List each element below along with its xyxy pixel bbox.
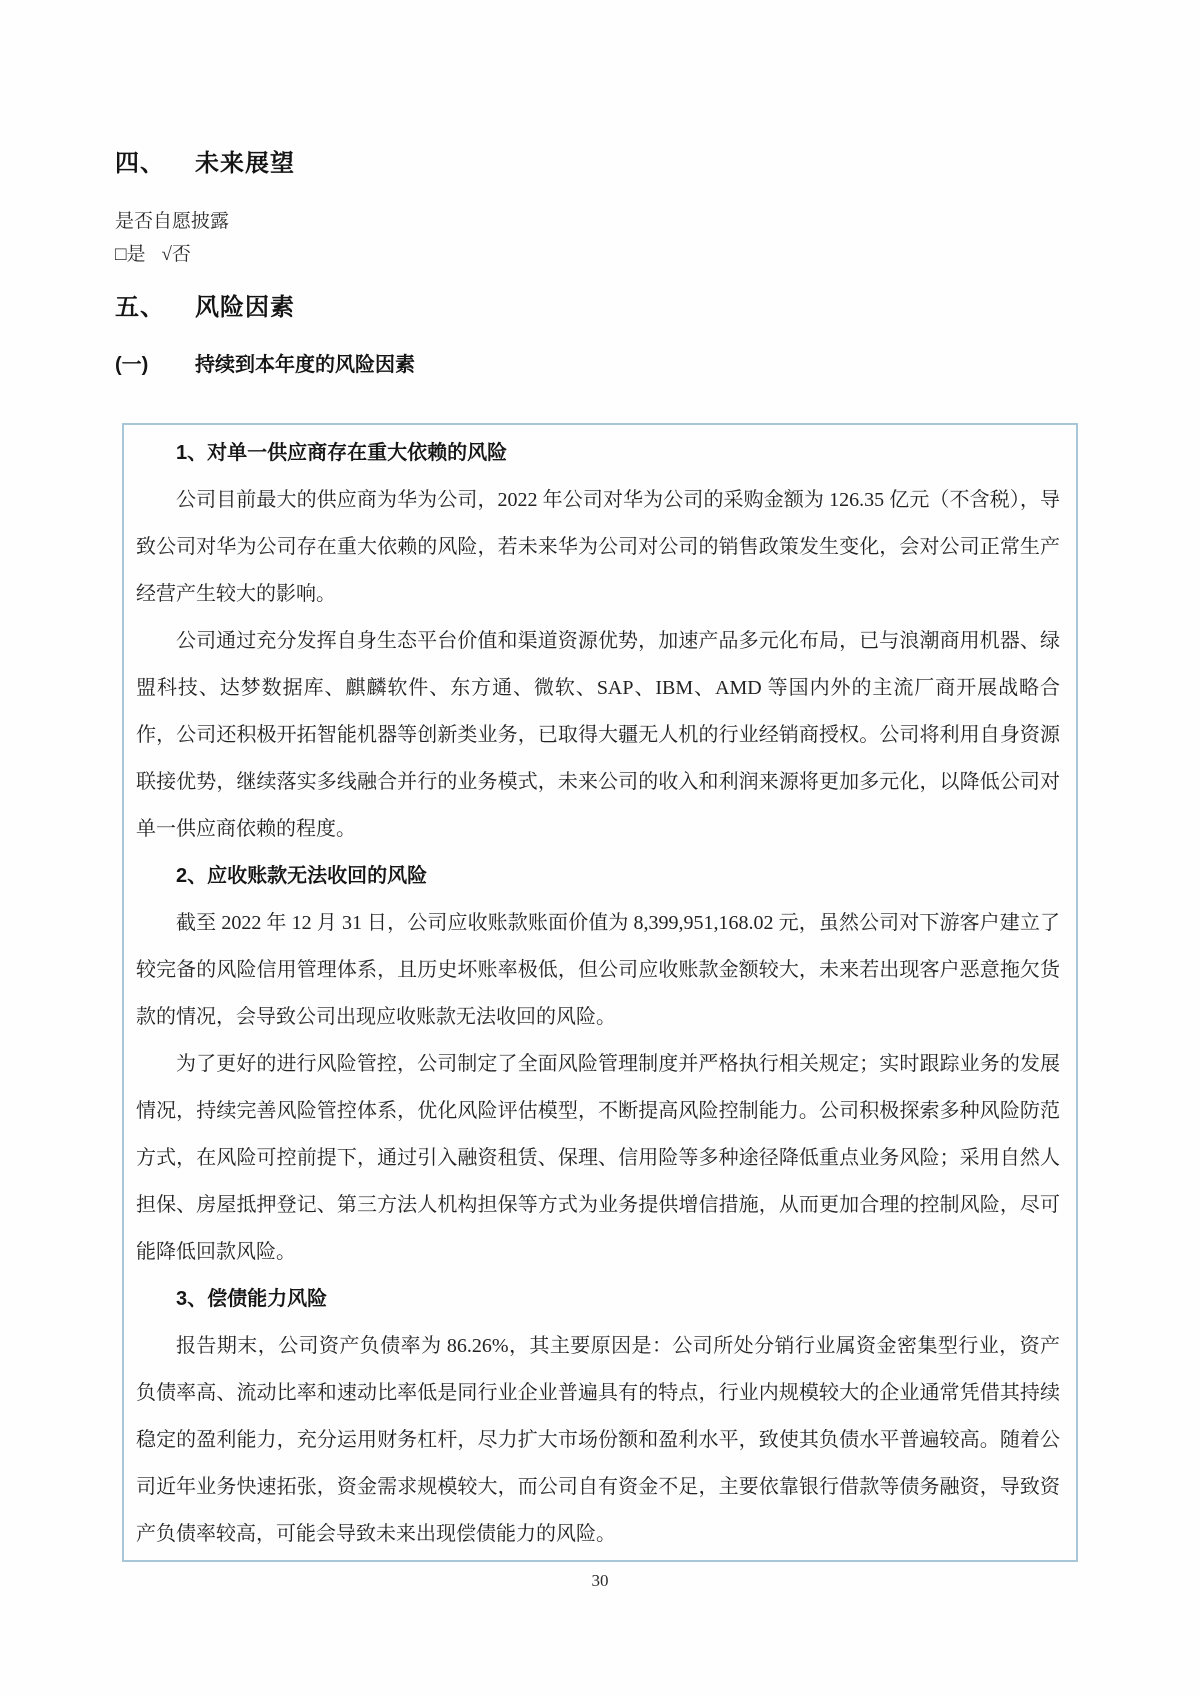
document-page: 四、未来展望 是否自愿披露 □是√否 五、风险因素 (一)持续到本年度的风险因素… bbox=[0, 0, 1200, 1591]
section-title: 风险因素 bbox=[195, 294, 295, 321]
section-heading-risk-factors: 五、风险因素 bbox=[115, 287, 1080, 322]
disclosure-question: 是否自愿披露 bbox=[115, 205, 1080, 238]
risk-item-receivables: 2、应收账款无法收回的风险 截至 2022 年 12 月 31 日，公司应收账款… bbox=[136, 853, 1060, 1276]
subsection-title: 持续到本年度的风险因素 bbox=[195, 354, 415, 376]
risk-paragraph: 报告期末，公司资产负债率为 86.26%，其主要原因是：公司所处分销行业属资金密… bbox=[136, 1323, 1060, 1558]
disclosure-block: 是否自愿披露 □是√否 bbox=[115, 205, 1080, 271]
risk-paragraph: 截至 2022 年 12 月 31 日，公司应收账款账面价值为 8,399,95… bbox=[136, 900, 1060, 1041]
page-number: 30 bbox=[122, 1571, 1078, 1591]
risk-item-solvency: 3、偿债能力风险 报告期末，公司资产负债率为 86.26%，其主要原因是：公司所… bbox=[136, 1276, 1060, 1558]
risk-item-title: 3、偿债能力风险 bbox=[136, 1276, 1060, 1323]
risk-item-supplier-dependence: 1、对单一供应商存在重大依赖的风险 公司目前最大的供应商为华为公司，2022 年… bbox=[136, 430, 1060, 853]
risk-factors-box: 1、对单一供应商存在重大依赖的风险 公司目前最大的供应商为华为公司，2022 年… bbox=[122, 423, 1078, 1562]
risk-paragraph: 为了更好的进行风险管控，公司制定了全面风险管理制度并严格执行相关规定；实时跟踪业… bbox=[136, 1041, 1060, 1276]
checkbox-no-option: √否 bbox=[161, 244, 190, 265]
disclosure-options: □是√否 bbox=[115, 238, 1080, 271]
section-number: 五、 bbox=[115, 287, 195, 322]
risk-item-title: 2、应收账款无法收回的风险 bbox=[136, 853, 1060, 900]
risk-item-title: 1、对单一供应商存在重大依赖的风险 bbox=[136, 430, 1060, 477]
subsection-heading-ongoing-risks: (一)持续到本年度的风险因素 bbox=[115, 348, 1080, 377]
checkbox-yes-option: □是 bbox=[115, 244, 145, 265]
section-number: 四、 bbox=[115, 143, 195, 178]
subsection-number: (一) bbox=[115, 348, 195, 377]
section-heading-future-outlook: 四、未来展望 bbox=[115, 143, 1080, 178]
risk-paragraph: 公司目前最大的供应商为华为公司，2022 年公司对华为公司的采购金额为 126.… bbox=[136, 477, 1060, 618]
risk-paragraph: 公司通过充分发挥自身生态平台价值和渠道资源优势，加速产品多元化布局，已与浪潮商用… bbox=[136, 618, 1060, 853]
section-title: 未来展望 bbox=[195, 150, 295, 177]
